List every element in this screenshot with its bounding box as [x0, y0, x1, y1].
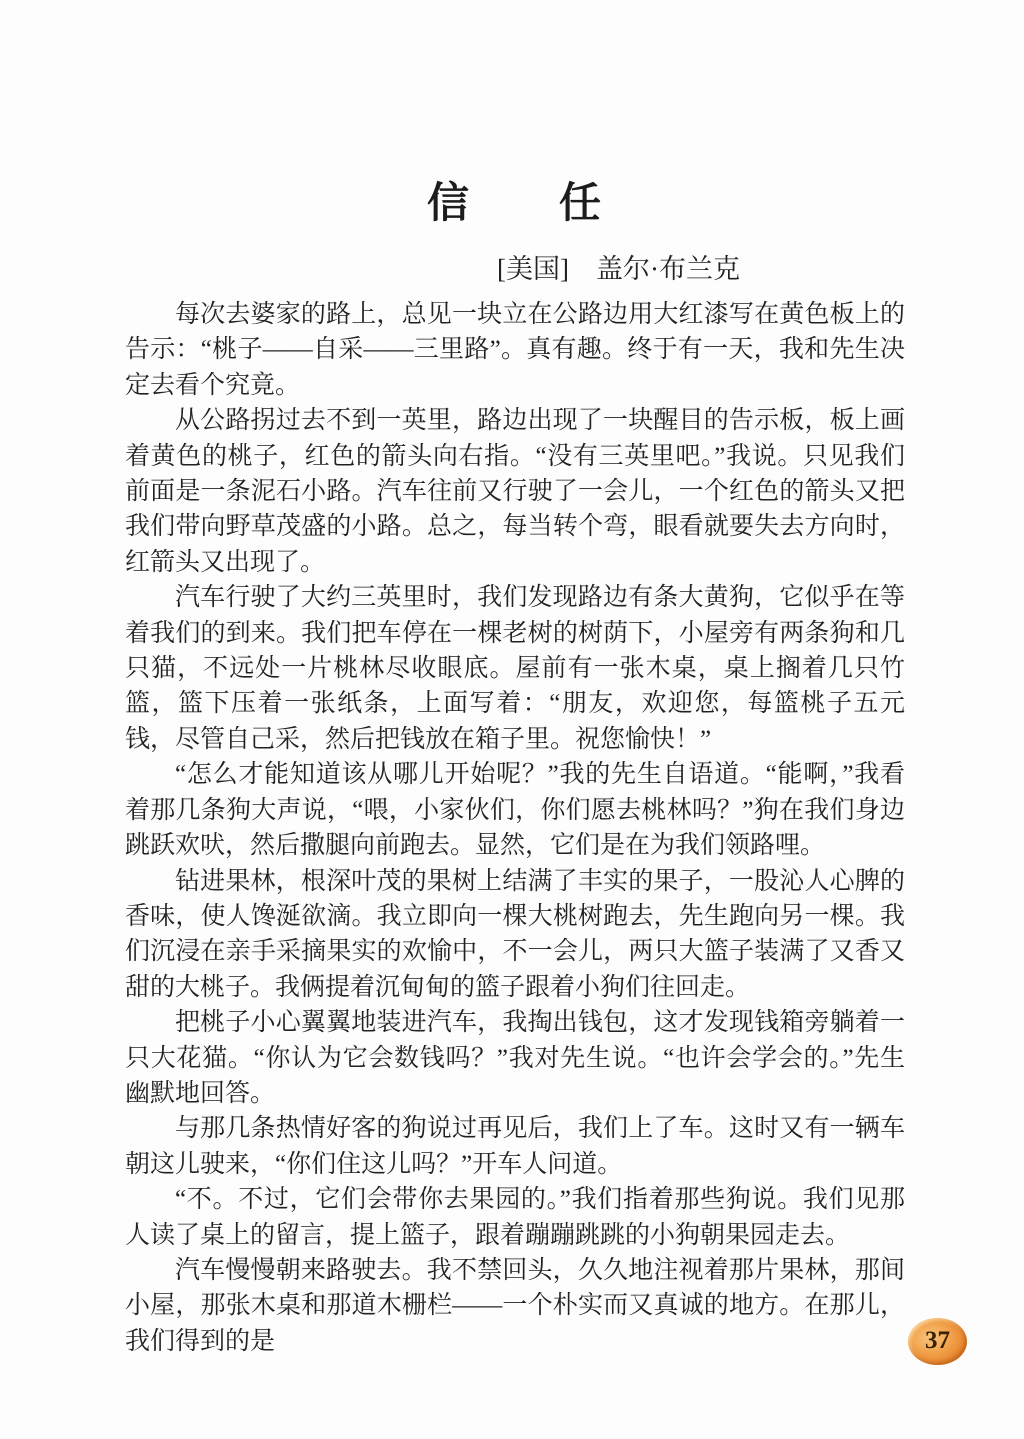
page-title: 信 任 — [125, 181, 905, 227]
paragraph: 把桃子小心翼翼地装进汽车，我掏出钱包，这才发现钱箱旁躺着一只大花猫。“你认为它会… — [125, 1005, 905, 1111]
paragraph: 钻进果林，根深叶茂的果树上结满了丰实的果子，一股沁人心脾的香味，使人馋涎欲滴。我… — [125, 864, 905, 1006]
paragraph: “不。不过，它们会带你去果园的。”我们指着那些狗说。我们见那人读了桌上的留言，提… — [125, 1182, 905, 1253]
paragraph: 汽车慢慢朝来路驶去。我不禁回头，久久地注视着那片果林，那间小屋，那张木桌和那道木… — [125, 1253, 905, 1359]
paragraph: 每次去婆家的路上，总见一块立在公路边用大红漆写在黄色板上的告示：“桃子——自采—… — [125, 297, 905, 403]
paragraph: “怎么才能知道该从哪儿开始呢？”我的先生自语道。“能啊，”我看着那几条狗大声说，… — [125, 757, 905, 863]
page-number-badge: 37 — [908, 1318, 967, 1365]
paragraph: 与那几条热情好客的狗说过再见后，我们上了车。这时又有一辆车朝这儿驶来，“你们住这… — [125, 1111, 905, 1182]
author-line: [美国] 盖尔·布兰克 — [125, 253, 740, 285]
textbook-page: 信 任 [美国] 盖尔·布兰克 每次去婆家的路上，总见一块立在公路边用大红漆写在… — [0, 0, 1024, 1439]
article-body: 每次去婆家的路上，总见一块立在公路边用大红漆写在黄色板上的告示：“桃子——自采—… — [125, 297, 905, 1359]
paragraph: 从公路拐过去不到一英里，路边出现了一块醒目的告示板，板上画着黄色的桃子，红色的箭… — [125, 403, 905, 580]
page-number: 37 — [925, 1327, 950, 1355]
paragraph: 汽车行驶了大约三英里时，我们发现路边有条大黄狗，它似乎在等着我们的到来。我们把车… — [125, 580, 905, 757]
